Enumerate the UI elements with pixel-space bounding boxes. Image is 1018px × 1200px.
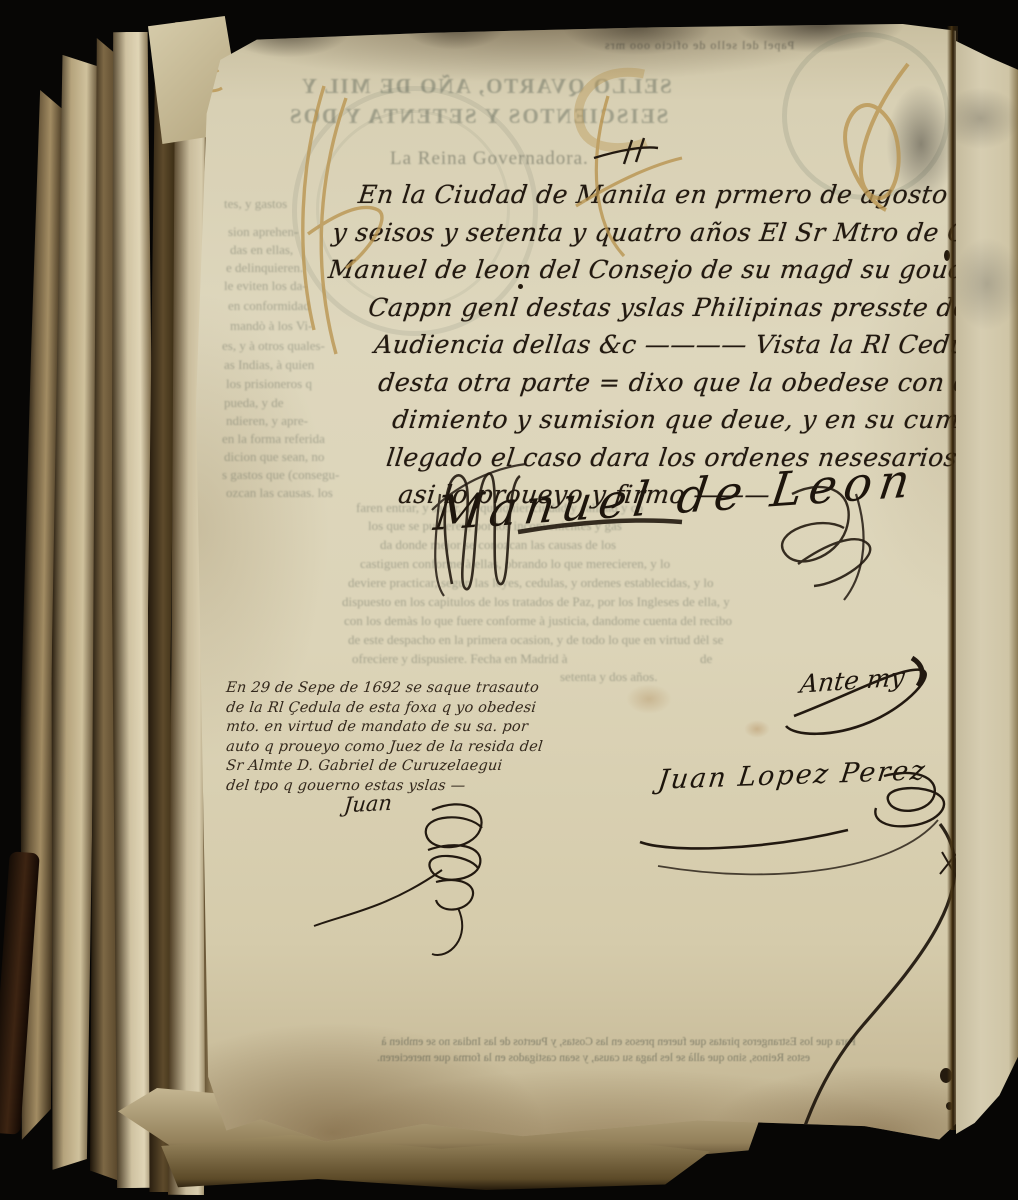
show-through-fragment: e delinquieren.	[226, 260, 303, 276]
show-through-fragment: ozcan las causas. los	[226, 485, 333, 501]
fox-stain	[626, 684, 672, 714]
show-through-fragment: los prisioneros q	[226, 376, 312, 392]
charcoal-smudge	[886, 84, 956, 204]
stamp-tax-line: Papel del sello de oficio ooo mrs	[604, 38, 794, 53]
show-through-fragment: mandò à los Vi-	[230, 318, 312, 334]
stamp-sello-line2: SEISCIENTOS Y SETENTA Y DOS	[288, 104, 668, 129]
show-through-fragment: setenta y dos años.	[560, 669, 657, 685]
bottom-printed-title-mirrored: Para que los Estrangeros piratas que fue…	[236, 1036, 856, 1068]
handwritten-line: Manuel de leon del Consejo de su magd su…	[326, 255, 971, 293]
show-through-fragment: en la forma referida	[222, 431, 325, 447]
show-through-fragment: dicion que sean, no	[224, 449, 324, 465]
show-through-fragment: dispuesto en los capitulos de los tratad…	[342, 594, 730, 610]
marginal-note-line: de la Rl Çedula de esta foxa q yo obedes…	[225, 700, 567, 720]
show-through-fragment: s gastos que (consegu-	[222, 467, 339, 483]
show-through-fragment: tes, y gastos	[224, 196, 287, 212]
bottom-print-line: Para que los Estrangeros piratas que fue…	[236, 1036, 856, 1052]
stamp-sello-line1: SELLO QVARTO, AÑO DE MIL Y	[300, 74, 672, 99]
show-through-fragment: as Indias, à quien	[224, 357, 314, 373]
marginal-note-line: En 29 de Sepe de 1692 se saque trasauto	[225, 680, 567, 700]
handwritten-line: dimiento y sumision que deue, y en su cu…	[326, 405, 971, 443]
show-through-fragment: de	[700, 651, 712, 667]
show-through-fragment: castiguen conforme à ellas, obrando lo q…	[360, 556, 670, 572]
handwritten-line: Audiencia dellas &c ———— Vista la Rl Ced…	[326, 330, 971, 368]
ink-spot	[518, 284, 523, 289]
show-through-fragment: ofreciere y dispusiere. Fecha en Madrid …	[352, 651, 568, 667]
handwritten-line: Cappn genl destas yslas Philipinas press…	[326, 293, 971, 331]
marginal-note-line: mto. en virtud de mandato de su sa. por	[225, 719, 567, 739]
show-through-fragment: deviere practicar, segun las leyes, cedu…	[348, 575, 714, 591]
show-through-fragment: sion aprehen-	[228, 224, 298, 240]
bottom-print-line: estos Reinos, sino que allà se les haga …	[236, 1052, 856, 1068]
show-through-fragment: en conformidad	[228, 298, 310, 314]
show-through-fragment: das en ellas,	[230, 242, 293, 258]
marginal-note-line: del tpo q gouerno estas yslas —	[225, 778, 567, 798]
handwritten-line: desta otra parte = dixo que la obedese c…	[326, 368, 971, 406]
show-through-fragment: pueda, y de	[224, 395, 284, 411]
show-through-fragment: es, y à otros quales-	[222, 338, 325, 354]
facing-page-edge	[956, 30, 1018, 1134]
show-through-fragment: con los demàs lo que fuere conforme à ju…	[344, 613, 732, 629]
ante-my-attestation: Ante my	[799, 662, 907, 699]
manuscript-photo-scene: Papel del sello de oficio ooo mrs SELLO …	[0, 0, 1018, 1200]
marginal-note-1692: En 29 de Sepe de 1692 se saque trasautod…	[226, 680, 566, 797]
handwritten-line: y seisos y setenta y quatro años El Sr M…	[326, 218, 971, 256]
show-through-fragment: da donde mejor se conozcan las causas de…	[380, 537, 616, 553]
signature-juan-lopez-perez: Juan Lopez Perez	[656, 755, 928, 796]
stamp-reina-governadora: La Reina Governadora.	[390, 148, 589, 170]
marginal-note-line: auto q proueyo como Juez de la resida de…	[225, 739, 567, 759]
show-through-fragment: de este despacho en la primera ocasion, …	[348, 632, 723, 648]
fox-stain	[744, 720, 770, 738]
show-through-fragment: le eviten los da-	[224, 278, 307, 294]
marginal-note-line: Sr Almte D. Gabriel de Curuzelaegui	[225, 758, 567, 778]
show-through-fragment: ndieren, y apre-	[226, 413, 308, 429]
manuscript-page: Papel del sello de oficio ooo mrs SELLO …	[196, 24, 956, 1144]
handwritten-line: En la Ciudad de Manila en prmero de agos…	[326, 180, 971, 218]
